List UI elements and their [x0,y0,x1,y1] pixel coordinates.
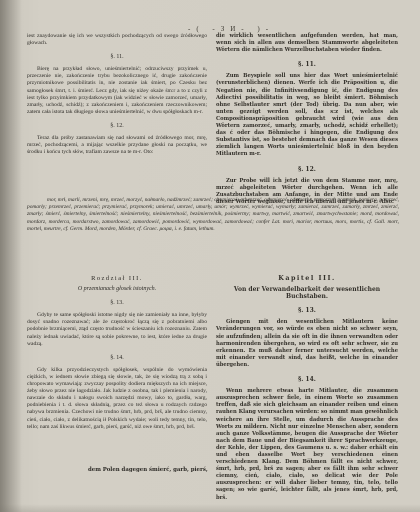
section-text: Bierę na przykład słowo, unieśmiertelnić… [27,66,207,116]
section-text: Teraz dla próby zastanawiam się nad słow… [27,135,207,156]
page-bottom-edge [0,504,420,512]
section-heading: §. 14. [216,376,398,383]
section-text: Gdyby te same spółgłoski istotne nigdy s… [27,312,207,347]
german-column-lower: Kapitel III. Von der Verwandelbarkeit de… [216,268,398,502]
section-heading: §. 11. [216,61,398,68]
word-list: mor, mrł, marli, mrzeni, mrę, mrzeć, mor… [27,197,399,233]
chapter-title: Kapitel III. [216,275,398,282]
polish-column-lower: Rozdział III. O przemianach głosek istot… [27,268,207,431]
section-heading: §. 13. [27,300,207,307]
page-header-ornament: -( -ЗИ- )- [188,25,274,33]
polish-column: iest znaydowanie się ich we wszystkich p… [27,33,207,156]
word-list-block: mor, mrł, marli, mrzeni, mrę, mrzeć, mor… [27,197,399,233]
section-heading: §. 12. [27,123,207,130]
book-page: -( -ЗИ- )- iest znaydowanie się ich we w… [0,0,420,512]
continuation-text: die wirklich wesentlichen aufgefunden we… [216,33,398,54]
section-text: Wenn mehrere etwas harte Mitlauter, die … [216,388,398,502]
catchword: dem Polen dagegen śmierć, garb, pierś, [88,467,208,473]
section-heading: §. 13. [216,307,398,314]
section-text: Zum Beyspiele soll uns hier das Wort uni… [216,73,398,158]
section-heading: §. 14. [27,355,207,362]
section-text: Gdy kilka przyodzieczystych spółgłosek, … [27,367,207,431]
section-text: Giengen mit den wesentlichen Mitlautern … [216,319,398,369]
section-heading: §. 12. [216,166,398,173]
chapter-title: Rozdział III. [27,275,207,282]
chapter-subtitle: Von der Verwandelbarkeit der wesentliche… [216,286,398,300]
german-column: die wirklich wesentlichen aufgefunden we… [216,33,398,206]
gutter-shadow [0,0,22,512]
section-heading: §. 11. [27,54,207,61]
continuation-text: iest znaydowanie się ich we wszystkich p… [27,33,207,47]
chapter-subtitle: O przemianach głosek istotnych. [27,286,207,293]
